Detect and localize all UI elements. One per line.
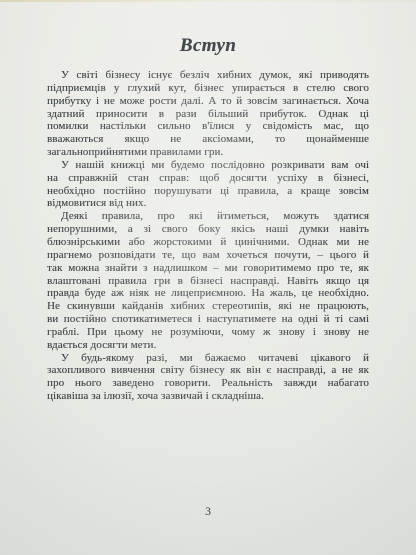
text-line: помилки настільки сильно в'їлися у свідо… [47,120,369,133]
text-line: вважаються якщо не аксіомами, то щонайме… [47,133,369,146]
text-line: здатний приносити в рази більший прибуто… [47,108,369,121]
paragraph: Деякі правила, про які йтиметься, можуть… [47,210,369,351]
text-line: відмовитися від них. [47,197,369,210]
text-line: ви постійно спотикатиметеся і наступатим… [47,313,369,326]
text-line: Деякі правила, про які йтиметься, можуть… [47,210,369,223]
page-title: Вступ [0,35,416,57]
text-line: блюзнірськими або жорстокими й цинічними… [47,236,369,249]
text-line: прагнемо розповідати те, що вам хочеться… [47,249,369,262]
text-line: захопливого вивчення світу бізнесу як ві… [47,364,369,377]
text-line: цікавіша за ілюзії, хоча зазвичай і скла… [47,390,369,403]
text-line: У нашій книжці ми будемо послідовно розк… [47,159,369,172]
text-line: влаштовані правила гри в бізнесі насправ… [47,275,369,288]
text-line: правда буде аж ніяк не лицеприємною. На … [47,287,369,300]
text-line: У будь-якому разі, ми бажаємо читачеві ц… [47,352,369,365]
text-line: про нього заведено говорити. Реальність … [47,377,369,390]
body-text: У світі бізнесу існує безліч хибних думо… [47,69,369,403]
scan-edge-artifact [0,0,416,2]
text-line: необхідно постійно порушувати ці правила… [47,185,369,198]
text-line: на справжній стан справ: щоб досягти усп… [47,172,369,185]
page-number: 3 [0,506,416,518]
text-line: граблі. При цьому не розуміючи, чому ж з… [47,326,369,339]
paragraph: У світі бізнесу існує безліч хибних думо… [47,69,369,159]
text-line: так можна знайти з надлишком – ми говори… [47,262,369,275]
text-line: вдається досягти мети. [47,339,369,352]
paragraph: У нашій книжці ми будемо послідовно розк… [47,159,369,210]
text-line: Не скинувши кайданів хибних стереотипів,… [47,300,369,313]
text-line: непорушними, а зі свого боку якісь наші … [47,223,369,236]
text-line: загальноприйнятими правилами гри. [47,146,369,159]
book-page-scan: { "page": { "title": "Вступ", "page_numb… [0,0,416,555]
text-line: У світі бізнесу існує безліч хибних думо… [47,69,369,82]
text-line: підприємців у глухий кут, бізнес упираєт… [47,82,369,95]
paragraph: У будь-якому разі, ми бажаємо читачеві ц… [47,352,369,403]
text-line: прибутку і не може рости далі. А то й зо… [47,95,369,108]
